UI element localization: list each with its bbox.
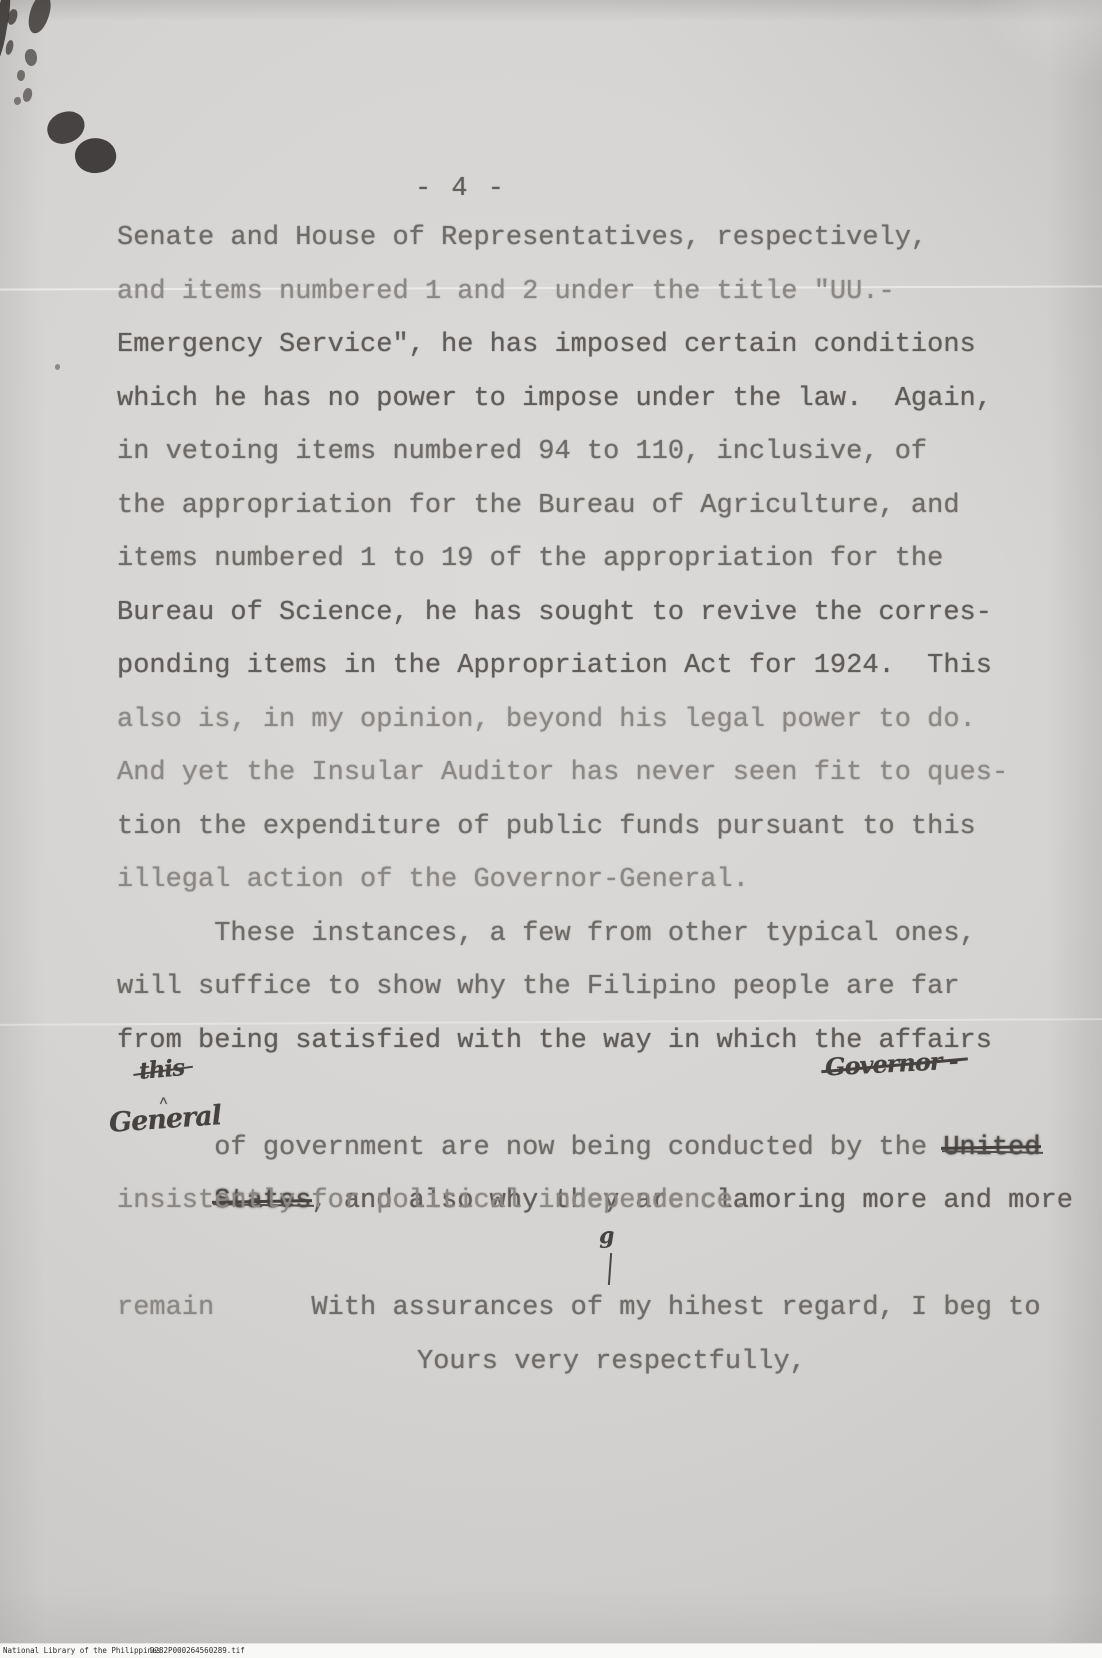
letter-line: remain	[117, 1282, 1057, 1336]
letter-line: And yet the Insular Auditor has never se…	[117, 747, 1057, 801]
letter-line: the appropriation for the Bureau of Agri…	[117, 480, 1057, 534]
ink-blot	[17, 70, 25, 81]
letter-line: also is, in my opinion, beyond his legal…	[117, 694, 1057, 748]
library-name: National Library of the Philippines	[3, 1646, 161, 1655]
ink-blot	[22, 87, 33, 102]
ink-blot	[5, 39, 15, 55]
letter-line: tion the expenditure of public funds pur…	[117, 801, 1057, 855]
insertion-stroke	[608, 1252, 612, 1284]
handwritten-this: this	[138, 1056, 185, 1083]
letter-line: which he has no power to impose under th…	[117, 373, 1057, 427]
handwritten-general: General	[108, 1102, 222, 1137]
ink-blot	[25, 0, 54, 36]
letter-line: illegal action of the Governor-General.	[117, 854, 1057, 908]
ink-blot	[72, 135, 118, 177]
letter-line: Senate and House of Representatives, res…	[117, 212, 1057, 266]
handwritten-governor: Governor -	[824, 1049, 958, 1080]
ink-speck	[55, 364, 60, 370]
letter-body: Senate and House of Representatives, res…	[117, 212, 1057, 1389]
scanned-letter-page: - 4 - Senate and House of Representative…	[0, 0, 1102, 1658]
letter-line: items numbered 1 to 19 of the appropriat…	[117, 533, 1057, 587]
handwritten-g-insertion: g	[599, 1224, 614, 1246]
letter-line: and items numbered 1 and 2 under the tit…	[117, 266, 1057, 320]
letter-line-annotated: of government are now being conducted by…	[117, 1068, 1057, 1122]
footer-bar: National Library of the Philippines D282…	[0, 1643, 1102, 1658]
letter-line: in vetoing items numbered 94 to 110, inc…	[117, 426, 1057, 480]
letter-line: Emergency Service", he has imposed certa…	[117, 319, 1057, 373]
letter-line: will suffice to show why the Filipino pe…	[117, 961, 1057, 1015]
letter-line: insistently for political independence.	[117, 1175, 1057, 1229]
letter-line: Bureau of Science, he has sought to revi…	[117, 587, 1057, 641]
letter-line-annotated: With assurances of my hihest regard, I b…	[117, 1229, 1057, 1283]
letter-line: These instances, a few from other typica…	[117, 908, 1057, 962]
letter-line-annotated: GeneralStates, and also why they are cla…	[117, 1122, 1057, 1176]
closing-line: Yours very respectfully,	[417, 1336, 1057, 1390]
letter-line: ponding items in the Appropriation Act f…	[117, 640, 1057, 694]
ink-blot	[14, 97, 21, 105]
page-number: - 4 -	[415, 174, 506, 204]
scan-filename: D282P000264560289.tif	[150, 1646, 245, 1655]
ink-blot	[24, 48, 38, 67]
